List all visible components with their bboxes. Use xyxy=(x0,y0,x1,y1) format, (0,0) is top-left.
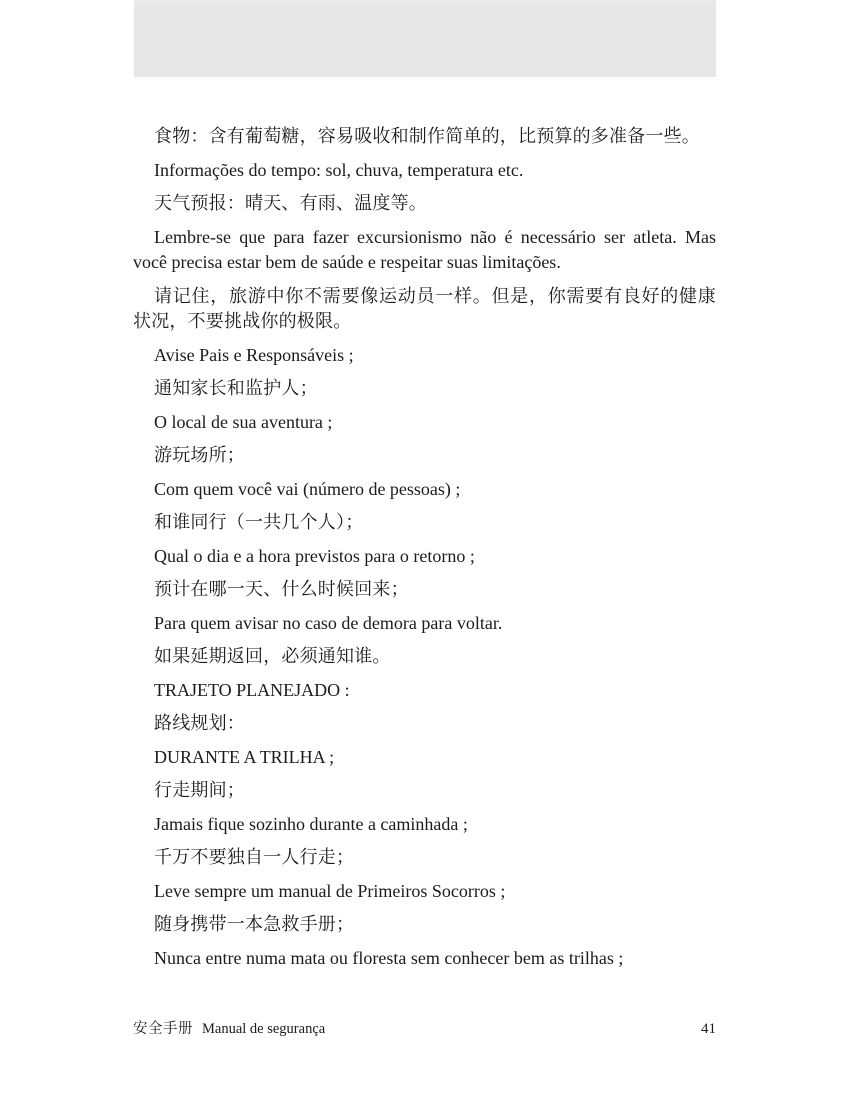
paragraph-zh: 行走期间； xyxy=(133,778,716,804)
page-body: 食物：含有葡萄糖，容易吸收和制作简单的，比预算的多准备一些。Informaçõe… xyxy=(133,124,716,979)
paragraph-zh: 天气预报：晴天、有雨、温度等。 xyxy=(133,191,716,217)
paragraph-zh: 通知家长和监护人； xyxy=(133,376,716,402)
page-footer: 安全手册 Manual de segurança 41 xyxy=(133,1017,716,1038)
paragraph-pt: O local de sua aventura ; xyxy=(133,410,716,436)
paragraph-pt: Qual o dia e a hora previstos para o ret… xyxy=(133,544,716,570)
paragraph-pt: Informações do tempo: sol, chuva, temper… xyxy=(133,158,716,184)
paragraph-pt: Leve sempre um manual de Primeiros Socor… xyxy=(133,879,716,905)
page-number: 41 xyxy=(701,1021,716,1038)
paragraph-zh: 食物：含有葡萄糖，容易吸收和制作简单的，比预算的多准备一些。 xyxy=(133,124,716,150)
header-image-placeholder xyxy=(134,0,716,77)
paragraph-zh: 游玩场所； xyxy=(133,443,716,469)
manual-title: 安全手册 Manual de segurança xyxy=(133,1017,325,1038)
paragraph-pt: Jamais fique sozinho durante a caminhada… xyxy=(133,812,716,838)
paragraph-pt: Avise Pais e Responsáveis ; xyxy=(133,343,716,369)
paragraph-zh: 随身携带一本急救手册； xyxy=(133,912,716,938)
paragraph-zh: 千万不要独自一人行走； xyxy=(133,845,716,871)
paragraph-zh: 如果延期返回，必须通知谁。 xyxy=(133,644,716,670)
paragraph-pt: Com quem você vai (número de pessoas) ; xyxy=(133,477,716,503)
paragraph-zh: 预计在哪一天、什么时候回来； xyxy=(133,577,716,603)
paragraph-pt: Para quem avisar no caso de demora para … xyxy=(133,611,716,637)
document-page: 食物：含有葡萄糖，容易吸收和制作简单的，比预算的多准备一些。Informaçõe… xyxy=(0,0,850,1120)
paragraph-zh: 请记住，旅游中你不需要像运动员一样。但是，你需要有良好的健康状况，不要挑战你的极… xyxy=(133,284,716,335)
paragraph-zh: 和谁同行（一共几个人）； xyxy=(133,510,716,536)
paragraph-pt: TRAJETO PLANEJADO : xyxy=(133,678,716,704)
paragraph-pt: Lembre-se que para fazer excursionismo n… xyxy=(133,225,716,276)
manual-title-zh: 安全手册 xyxy=(133,1017,193,1038)
manual-title-pt: Manual de segurança xyxy=(202,1021,325,1038)
paragraph-pt: Nunca entre numa mata ou floresta sem co… xyxy=(133,946,716,972)
paragraph-zh: 路线规划： xyxy=(133,711,716,737)
paragraph-pt: DURANTE A TRILHA ; xyxy=(133,745,716,771)
